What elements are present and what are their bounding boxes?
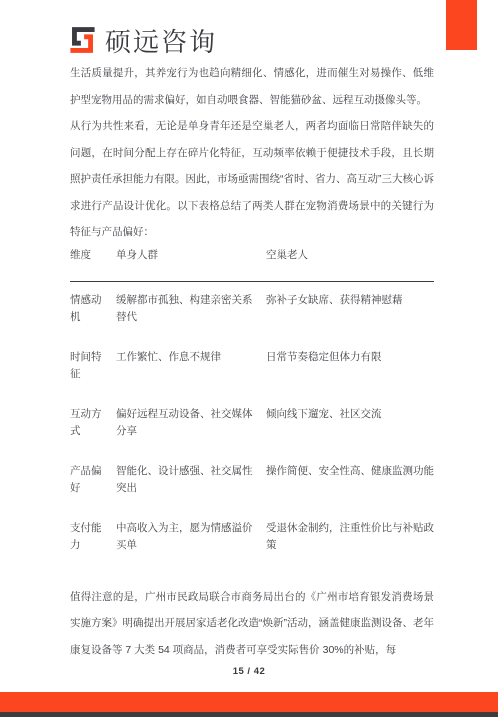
table-row: 产品偏好 智能化、设计感强、社交属性突出 操作简便、安全性高、健康监测功能 bbox=[70, 453, 434, 510]
table-cell-singles: 缓解都市孤独、构建亲密关系替代 bbox=[116, 281, 266, 339]
table-cell-singles: 中高收入为主，愿为情感溢价买单 bbox=[116, 510, 266, 567]
table-row: 互动方式 偏好远程互动设备、社交媒体分享 倾向线下遛宠、社区交流 bbox=[70, 396, 434, 453]
table-cell-dimension: 情感动机 bbox=[70, 281, 116, 339]
table-cell-singles: 偏好远程互动设备、社交媒体分享 bbox=[116, 396, 266, 453]
table-cell-dimension: 支付能力 bbox=[70, 510, 116, 567]
table-cell-singles: 工作繁忙、作息不规律 bbox=[116, 339, 266, 396]
table-row: 情感动机 缓解都市孤独、构建亲密关系替代 弥补子女缺席、获得精神慰藉 bbox=[70, 281, 434, 339]
brand-corner-accent bbox=[446, 0, 477, 50]
brand-logo-icon bbox=[68, 24, 97, 56]
comparison-table: 维度 单身人群 空巢老人 情感动机 缓解都市孤独、构建亲密关系替代 弥补子女缺席… bbox=[70, 246, 434, 567]
table-cell-empty-nesters: 操作简便、安全性高、健康监测功能 bbox=[266, 453, 434, 510]
window-bottom-edge bbox=[0, 712, 498, 717]
document-body: 生活质量提升，其养宠行为也趋向精细化、情感化，进而催生对易操作、低维护型宠物用品… bbox=[0, 60, 498, 663]
table-cell-empty-nesters: 倾向线下遛宠、社区交流 bbox=[266, 396, 434, 453]
document-page: 硕远咨询 生活质量提升，其养宠行为也趋向精细化、情感化，进而催生对易操作、低维护… bbox=[0, 0, 498, 717]
page-number: 15 / 42 bbox=[0, 666, 498, 677]
footer-accent-bar bbox=[0, 692, 498, 712]
paragraph-behavior-commonality: 从行为共性来看，无论是单身青年还是空巢老人，两者均面临日常陪伴缺失的问题，在时间… bbox=[70, 113, 434, 246]
paragraph-pet-product-preference: 生活质量提升，其养宠行为也趋向精细化、情感化，进而催生对易操作、低维护型宠物用品… bbox=[70, 60, 434, 113]
paragraph-guangzhou-policy: 值得注意的是，广州市民政局联合市商务局出台的《广州市培育银发消费场景实施方案》明… bbox=[70, 584, 434, 664]
brand-logo-text: 硕远咨询 bbox=[105, 22, 217, 59]
table-cell-dimension: 互动方式 bbox=[70, 396, 116, 453]
table-cell-empty-nesters: 受退休金制约，注重性价比与补贴政策 bbox=[266, 510, 434, 567]
table-header-row: 维度 单身人群 空巢老人 bbox=[70, 246, 434, 282]
table-row: 支付能力 中高收入为主，愿为情感溢价买单 受退休金制约，注重性价比与补贴政策 bbox=[70, 510, 434, 567]
table-cell-empty-nesters: 弥补子女缺席、获得精神慰藉 bbox=[266, 281, 434, 339]
table-cell-empty-nesters: 日常节奏稳定但体力有限 bbox=[266, 339, 434, 396]
table-header-dimension: 维度 bbox=[70, 246, 116, 282]
table-header-singles: 单身人群 bbox=[116, 246, 266, 282]
table-cell-singles: 智能化、设计感强、社交属性突出 bbox=[116, 453, 266, 510]
table-cell-dimension: 时间特征 bbox=[70, 339, 116, 396]
table-cell-dimension: 产品偏好 bbox=[70, 453, 116, 510]
table-header-empty-nesters: 空巢老人 bbox=[266, 246, 434, 282]
table-row: 时间特征 工作繁忙、作息不规律 日常节奏稳定但体力有限 bbox=[70, 339, 434, 396]
brand-header: 硕远咨询 bbox=[0, 0, 498, 56]
